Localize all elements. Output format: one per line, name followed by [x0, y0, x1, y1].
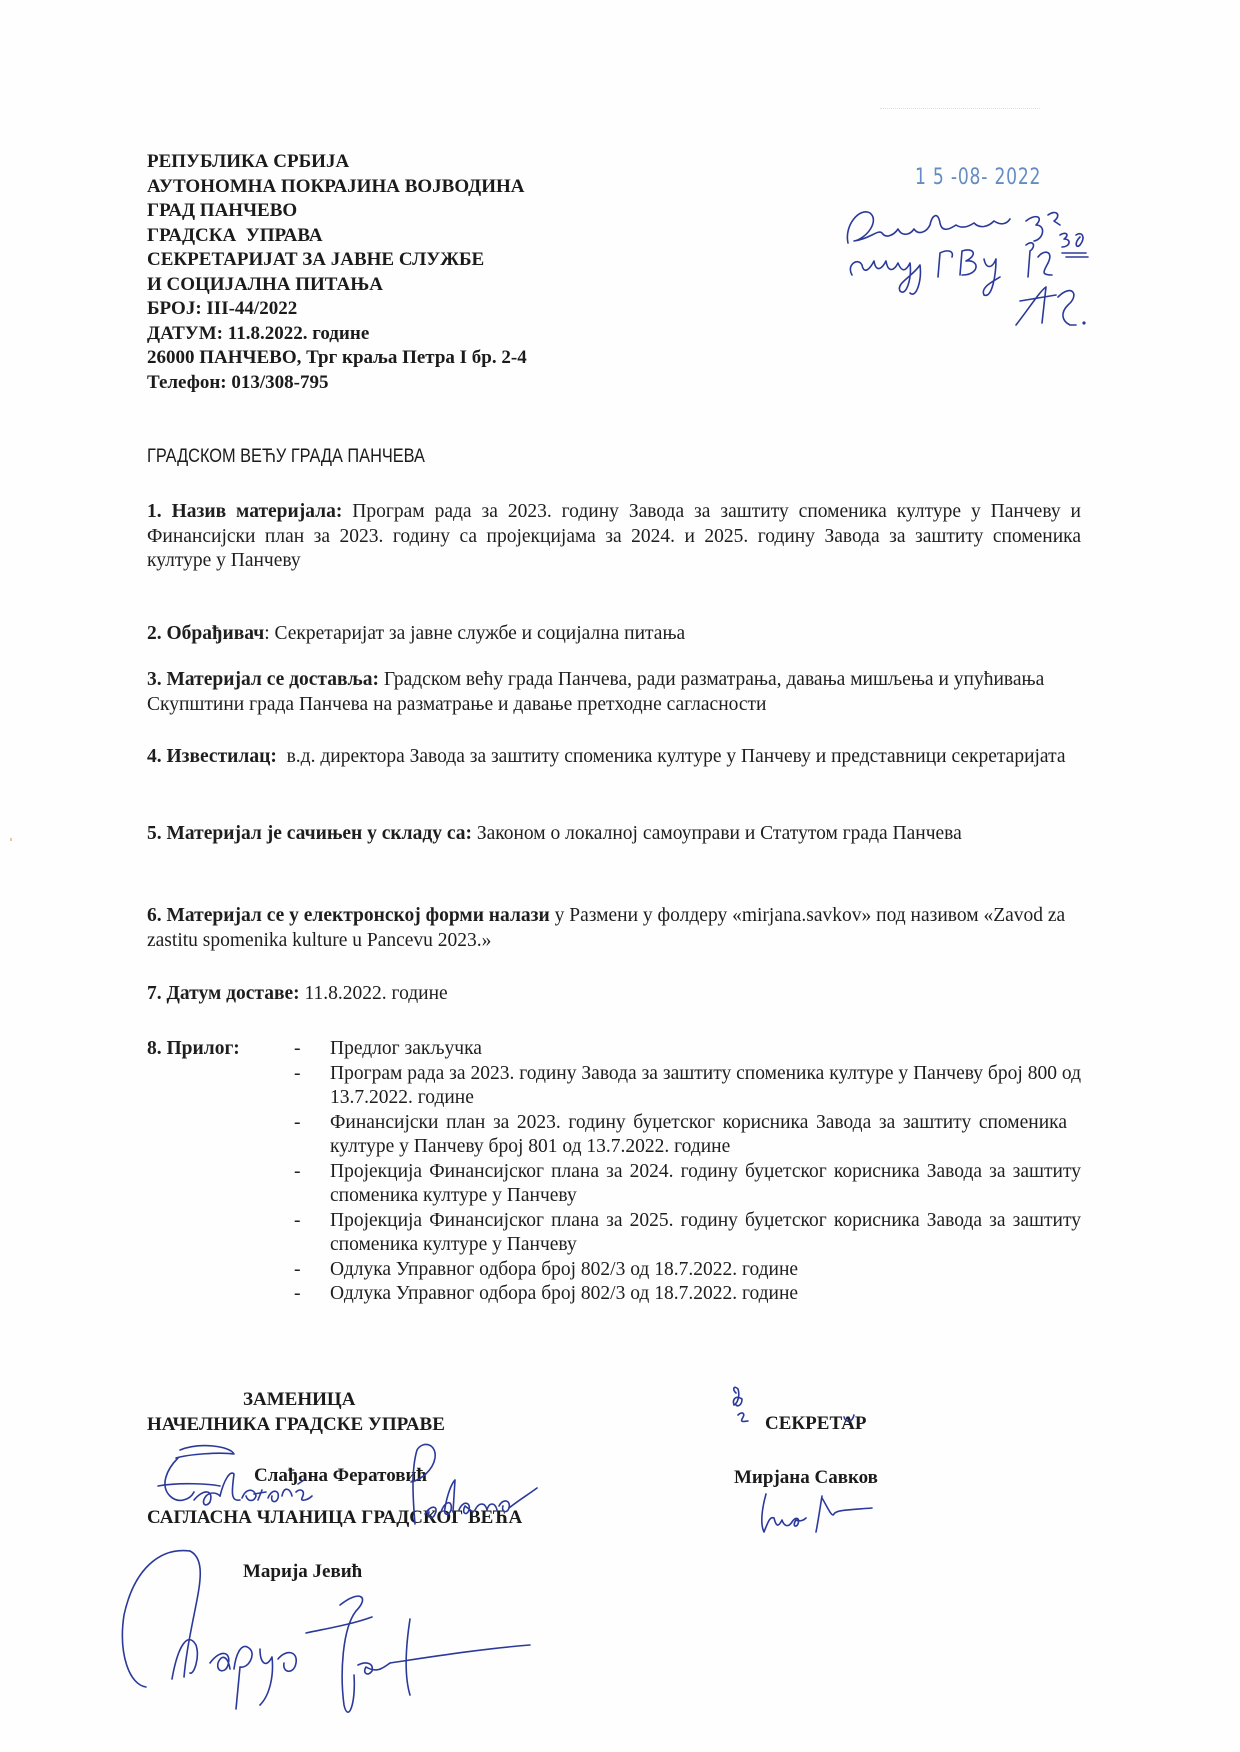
secretary-name: Мирјана Савков [734, 1466, 878, 1491]
section-label: 5. Материјал је сачињен у складу са: [147, 823, 472, 844]
addressee: ГРАДСКОМ ВЕЋУ ГРАДА ПАНЧЕВА [147, 446, 425, 468]
signature-feratovic [150, 1440, 410, 1520]
deputy-role-line2: НАЧЕЛНИКА ГРАДСКЕ УПРАВЕ [147, 1413, 445, 1438]
section-label: 2. Обрађивач [147, 623, 264, 644]
section-label: 3. Материјал се доставља: [147, 669, 379, 690]
section-label: 7. Датум доставе: [147, 983, 300, 1004]
deputy-role-line1: ЗАМЕНИЦА [147, 1388, 445, 1413]
section-label: 6. Материјал се у електронској форми нал… [147, 905, 550, 926]
bullet: - [294, 1282, 301, 1307]
bullet: - [294, 1062, 301, 1087]
section-legal-basis: 5. Материјал је сачињен у складу са: Зак… [147, 822, 1047, 847]
handwritten-receipt-note [840, 195, 1100, 345]
attachment-item: -Пројекција Финансијског плана за 2025. … [294, 1209, 1081, 1258]
attachment-item: -Програм рада за 2023. годину Завода за … [294, 1062, 1081, 1111]
section-delivery-date: 7. Датум доставе: 11.8.2022. године [147, 982, 1081, 1007]
bullet: - [294, 1037, 301, 1062]
section-text: : Секретаријат за јавне службе и социјал… [264, 623, 685, 644]
phone: Телефон: 013/308-795 [147, 371, 527, 396]
letterhead-line: ГРАДСКА УПРАВА [147, 224, 527, 249]
bullet: - [294, 1209, 301, 1234]
attachment-item: -Предлог закључка [294, 1037, 1081, 1062]
section-label: 4. Известилац: [147, 746, 277, 767]
section-prepared-by: 2. Обрађивач: Секретаријат за јавне служ… [147, 622, 1081, 647]
document-page: РЕПУБЛИКА СРБИЈА АУТОНОМНА ПОКРАЈИНА ВОЈ… [0, 0, 1240, 1752]
section-text: 11.8.2022. године [300, 983, 448, 1004]
signature-sladjana [395, 1440, 595, 1530]
letterhead: РЕПУБЛИКА СРБИЈА АУТОНОМНА ПОКРАЈИНА ВОЈ… [147, 150, 527, 395]
letterhead-line: И СОЦИЈАЛНА ПИТАЊА [147, 273, 527, 298]
section-rapporteur: 4. Известилац: в.д. директора Завода за … [147, 745, 1081, 770]
attachments-label: 8. Прилог: [147, 1037, 240, 1062]
section-material-title: 1. Назив материјала: Програм рада за 202… [147, 500, 1081, 574]
attachment-item: -Одлука Управног одбора број 802/3 од 18… [294, 1258, 1081, 1283]
address: 26000 ПАНЧЕВО, Трг краља Петра I бр. 2-4 [147, 346, 527, 371]
signature-jevic [110, 1545, 550, 1745]
scan-speck [10, 838, 12, 841]
attachment-item: -Финансијски план за 2023. годину буџетс… [294, 1111, 1081, 1160]
letterhead-line: ГРАД ПАНЧЕВО [147, 199, 527, 224]
attachment-item: -Одлука Управног одбора број 802/3 од 18… [294, 1282, 1081, 1307]
letterhead-line: РЕПУБЛИКА СРБИЈА [147, 150, 527, 175]
signature-block-deputy: ЗАМЕНИЦА НАЧЕЛНИКА ГРАДСКЕ УПРАВЕ Слађан… [147, 1388, 445, 1437]
attachment-item: -Пројекција Финансијског плана за 2024. … [294, 1160, 1081, 1209]
letterhead-line: АУТОНОМНА ПОКРАЈИНА ВОЈВОДИНА [147, 175, 527, 200]
section-text: в.д. директора Завода за заштиту спомени… [277, 746, 1066, 767]
secretary-initials-mark [728, 1385, 858, 1435]
signature-savkov [752, 1488, 892, 1538]
letterhead-line: СЕКРЕТАРИЈАТ ЗА ЈАВНЕ СЛУЖБЕ [147, 248, 527, 273]
date-suffix: године [307, 323, 369, 344]
document-date: ДАТУМ: 11.8.2022. године [147, 322, 527, 347]
section-text: Законом о локалној самоуправи и Статутом… [472, 823, 962, 844]
bullet: - [294, 1258, 301, 1283]
faded-stamp-outline [880, 108, 1040, 121]
section-electronic-location: 6. Материјал се у електронској форми нал… [147, 904, 1067, 953]
date-label: ДАТУМ: 11.8.2022. [147, 323, 307, 344]
attachments-list: -Предлог закључка -Програм рада за 2023.… [294, 1037, 1081, 1307]
section-delivered-to: 3. Материјал се доставља: Градском већу … [147, 668, 1067, 717]
reference-number: БРОЈ: III-44/2022 [147, 297, 527, 322]
bullet: - [294, 1160, 301, 1185]
bullet: - [294, 1111, 301, 1136]
section-label: 1. Назив материјала: [147, 501, 342, 522]
received-date-stamp: 1 5 -08- 2022 [915, 165, 1041, 190]
